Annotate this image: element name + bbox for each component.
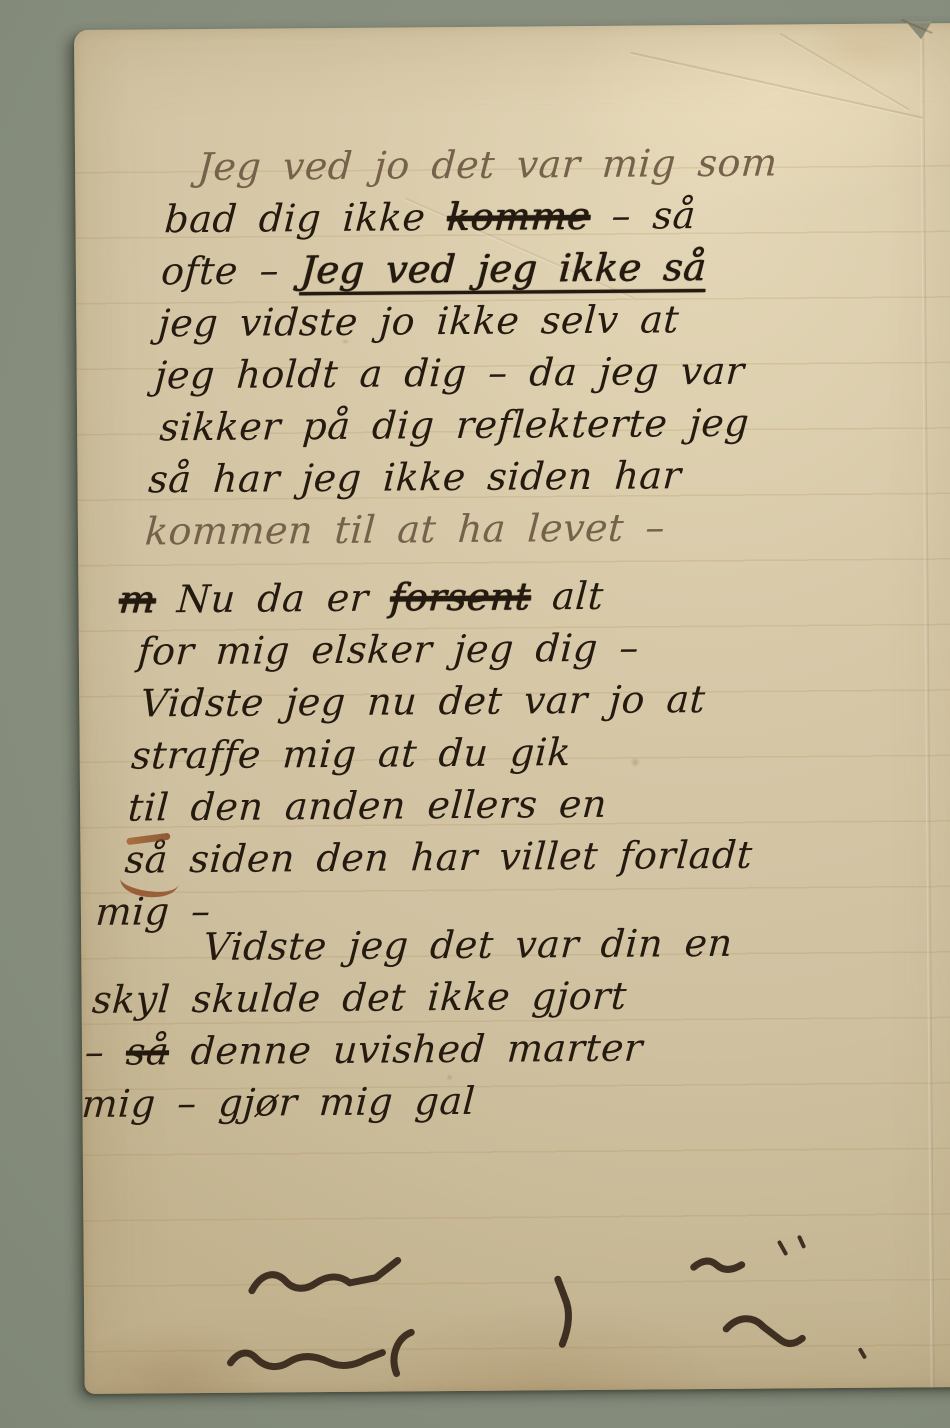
handwriting-segment: så <box>125 1029 171 1073</box>
handwriting-line: til den anden ellers en <box>126 775 915 833</box>
handwriting-segment: jeg vidste jo ikke selv at <box>157 297 681 345</box>
handwriting-line: ofte – Jeg ved jeg ikke så <box>160 239 949 297</box>
handwriting-segment: Jeg ved jeg ikke så <box>299 245 707 292</box>
handwriting-segment: til den anden ellers en <box>127 782 609 830</box>
handwriting-segment: jeg holdt a dig – da jeg var <box>154 349 746 398</box>
handwriting-line: – så denne uvished marter <box>83 1020 900 1078</box>
handwriting-segment: denne uvished marter <box>168 1026 644 1074</box>
letter-page: Jeg ved jo det var mig sombad dig ikke k… <box>74 23 950 1394</box>
handwriting-segment: straffe mig at du gik <box>130 730 572 777</box>
handwriting-line: jeg vidste jo ikke selv at <box>157 291 946 349</box>
handwriting-line: for mig elsker jeg dig – <box>136 619 925 677</box>
handwriting-line: så har jeg ikke siden har <box>147 447 936 505</box>
handwriting-segment: så siden den har villet forladt <box>123 833 753 882</box>
handwriting-line: Jeg ved jo det var mig som <box>196 135 950 193</box>
handwriting-line: m Nu da er forsent alt <box>117 567 928 625</box>
handwriting-segment: Nu da er <box>154 576 391 622</box>
handwriting-segment: så har jeg ikke siden har <box>147 453 683 501</box>
handwriting-line: straffe mig at du gik <box>130 723 919 781</box>
handwriting-line: bad dig ikke komme – så <box>163 187 950 245</box>
handwriting-line: så siden den har villet forladt <box>123 827 912 885</box>
handwriting-segment: Jeg ved jo det var mig som <box>196 140 778 189</box>
handwriting-segment: ofte – <box>160 248 302 293</box>
handwriting-segment: bad dig ikke <box>163 195 448 241</box>
top-right-crease-2 <box>780 33 910 111</box>
handwriting-segment: forsent <box>389 574 532 619</box>
handwriting-segment: alt <box>529 574 605 619</box>
handwriting-segment: – så <box>589 193 698 238</box>
handwriting-segment: m <box>118 577 157 621</box>
handwriting-segment: kommen til at ha levet – <box>144 505 667 553</box>
handwriting-segment: komme <box>446 194 592 239</box>
handwriting-segment: sikker på dig reflekterte jeg <box>158 401 750 450</box>
handwriting-line: jeg holdt a dig – da jeg var <box>153 343 942 401</box>
handwriting-line: kommen til at ha levet – <box>144 499 933 557</box>
top-right-crease <box>630 52 923 119</box>
handwriting-segment: Vidste jeg nu det var jo at <box>139 677 707 725</box>
handwriting-segment: – <box>84 1030 128 1074</box>
handwriting-line: Vidste jeg det var din en <box>202 915 907 973</box>
handwriting-segment: mig – gjør mig gal <box>80 1079 476 1126</box>
handwriting-line: mig – gjør mig gal <box>80 1072 897 1130</box>
handwriting-segment: for mig elsker jeg dig – <box>136 626 640 674</box>
ink-offset-marks <box>133 1224 874 1410</box>
handwriting-line: Vidste jeg nu det var jo at <box>139 671 922 729</box>
handwriting-segment: Vidste jeg det var din en <box>202 921 734 969</box>
handwriting-line: sikker på dig reflekterte jeg <box>158 395 939 453</box>
handwriting-line: skyl skulde det ikke gjort <box>91 968 904 1026</box>
handwriting-text: Jeg ved jo det var mig sombad dig ikke k… <box>94 135 950 1130</box>
handwriting-segment: skyl skulde det ikke gjort <box>91 974 628 1022</box>
